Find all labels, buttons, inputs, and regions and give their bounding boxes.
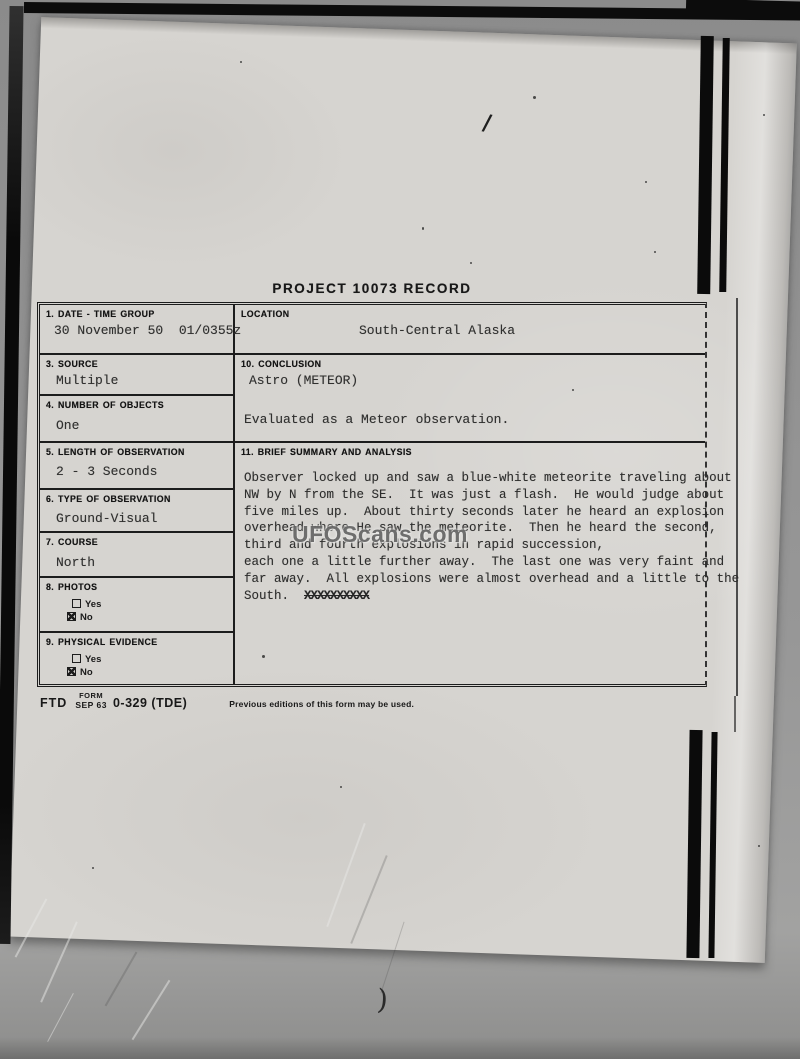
project-record-form: PROJECT 10073 RECORD 1. DATE - TIME GROU… — [37, 281, 707, 687]
field-number-of-objects: 4. NUMBER OF OBJECTS One — [40, 396, 233, 443]
checkbox-label: No — [80, 612, 93, 623]
checkbox-label: Yes — [85, 654, 101, 665]
form-title: PROJECT 10073 RECORD — [37, 281, 707, 296]
watermark: UFOScans.com — [292, 521, 468, 548]
footer-note: Previous editions of this form may be us… — [229, 699, 414, 709]
checkbox-group: Yes No — [72, 654, 227, 679]
checkbox-group: Yes No — [72, 599, 227, 624]
scan-black-blob — [540, 9, 556, 18]
field-source: 3. SOURCE Multiple — [40, 355, 233, 396]
scan-black-top-strip — [24, 2, 800, 21]
form-left-column: 1. DATE - TIME GROUP 30 November 50 01/0… — [40, 305, 235, 684]
scanned-document-page: / ) PROJECT 10073 RECORD 1. DATE - TIME … — [0, 0, 800, 1059]
footer-form-number: 0-329 (TDE) — [113, 696, 187, 710]
checkbox-row-yes: Yes — [72, 654, 227, 667]
checkbox-label: No — [80, 667, 93, 678]
field-length-of-observation: 5. LENGTH OF OBSERVATION 2 - 3 Seconds — [40, 443, 233, 490]
summary-strikeout: XXXXXXXXXX — [304, 589, 369, 603]
field-label: 4. NUMBER OF OBJECTS — [46, 400, 227, 410]
field-brief-summary: 11. BRIEF SUMMARY AND ANALYSIS Observer … — [235, 443, 705, 684]
field-value: 2 - 3 Seconds — [56, 464, 227, 479]
field-note: Evaluated as a Meteor observation. — [244, 412, 699, 427]
field-photos: 8. PHOTOS Yes No — [40, 578, 233, 633]
checkbox-row-no: No — [67, 612, 227, 625]
checkbox-row-yes: Yes — [72, 599, 227, 612]
checkbox-row-no: No — [67, 667, 227, 680]
scan-bottom-vignette — [0, 1037, 800, 1059]
field-location: LOCATION South-Central Alaska — [235, 305, 705, 355]
field-label: 6. TYPE OF OBSERVATION — [46, 494, 227, 504]
field-value: Astro (METEOR) — [249, 373, 699, 388]
footer-form-word: FORM — [79, 691, 103, 700]
form-right-column: LOCATION South-Central Alaska 10. CONCLU… — [235, 305, 705, 684]
field-value: South-Central Alaska — [359, 323, 699, 338]
pen-paren-mark: ) — [376, 983, 389, 1017]
field-value: Ground-Visual — [56, 511, 227, 526]
field-value: 30 November 50 01/0355z — [54, 323, 227, 338]
checkbox-label: Yes — [85, 599, 101, 610]
field-conclusion: 10. CONCLUSION Astro (METEOR) Evaluated … — [235, 355, 705, 443]
field-label: 5. LENGTH OF OBSERVATION — [46, 447, 227, 457]
checkbox-unchecked-icon — [72, 654, 81, 663]
checkbox-crossed-icon — [67, 667, 76, 676]
film-edge-thin-line-lower — [734, 696, 736, 732]
field-value: One — [56, 418, 227, 433]
field-physical-evidence: 9. PHYSICAL EVIDENCE Yes No — [40, 633, 233, 684]
field-label: 10. CONCLUSION — [241, 359, 699, 369]
checkbox-crossed-icon — [67, 612, 76, 621]
field-label: 9. PHYSICAL EVIDENCE — [46, 637, 227, 647]
field-label: 1. DATE - TIME GROUP — [46, 309, 227, 319]
field-value: Multiple — [56, 373, 227, 388]
footer-ftd: FTD — [40, 696, 67, 710]
checkbox-unchecked-icon — [72, 599, 81, 608]
field-course: 7. COURSE North — [40, 533, 233, 578]
field-value: North — [56, 555, 227, 570]
field-date-time-group: 1. DATE - TIME GROUP 30 November 50 01/0… — [40, 305, 233, 355]
footer-form-stack: FORM SEP 63 — [75, 691, 107, 710]
field-label: 3. SOURCE — [46, 359, 227, 369]
field-label: 7. COURSE — [46, 537, 227, 547]
field-label: 8. PHOTOS — [46, 582, 227, 592]
form-footer: FTD FORM SEP 63 0-329 (TDE) Previous edi… — [40, 691, 660, 710]
field-label: LOCATION — [241, 309, 699, 319]
form-table: 1. DATE - TIME GROUP 30 November 50 01/0… — [37, 302, 707, 687]
field-label: 11. BRIEF SUMMARY AND ANALYSIS — [241, 447, 699, 457]
field-type-of-observation: 6. TYPE OF OBSERVATION Ground-Visual — [40, 490, 233, 533]
footer-sep-date: SEP 63 — [75, 700, 107, 710]
